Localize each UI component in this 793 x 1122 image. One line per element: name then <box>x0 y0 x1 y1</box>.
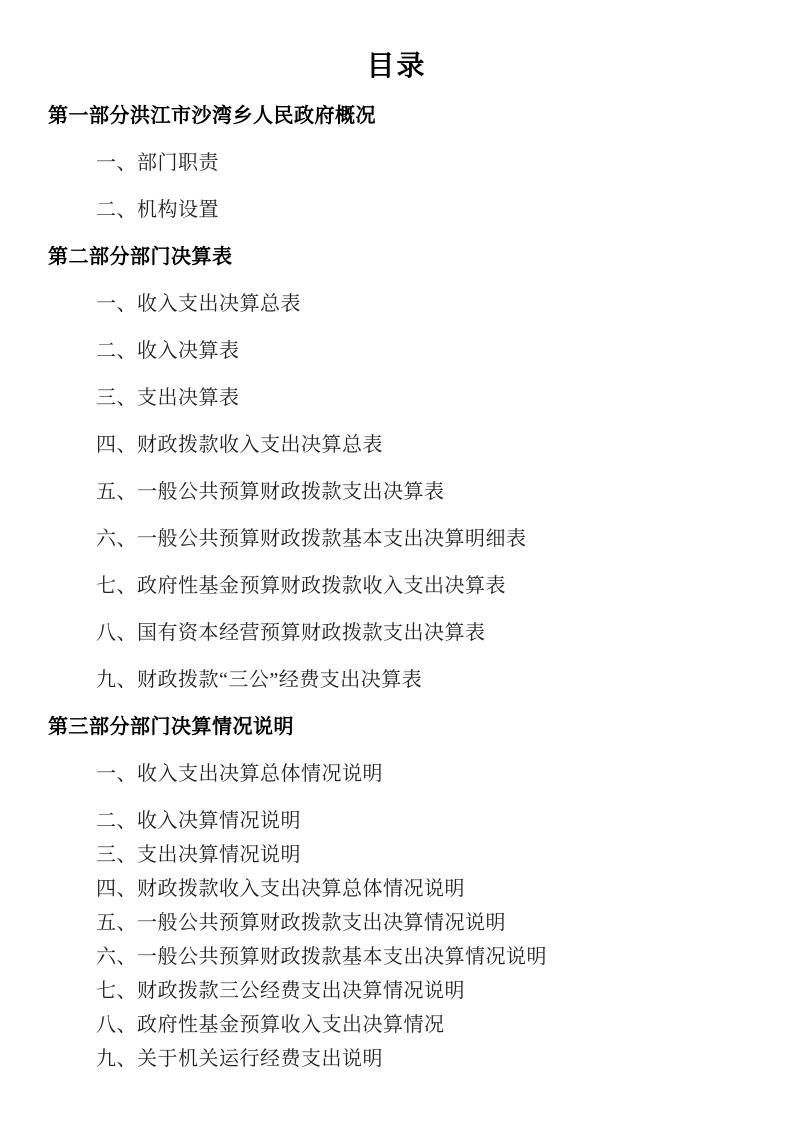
toc-item: 三、支出决算情况说明 <box>96 831 745 865</box>
section-heading: 第一部分洪江市沙湾乡人民政府概况 <box>48 106 745 126</box>
toc-item: 八、国有资本经营预算财政拨款支出决算表 <box>96 596 745 643</box>
toc-item: 一、收入支出决算总体情况说明 <box>96 737 745 784</box>
toc-item: 六、一般公共预算财政拨款基本支出决算明细表 <box>96 502 745 549</box>
page-title: 目录 <box>48 52 745 106</box>
toc-item: 三、支出决算表 <box>96 361 745 408</box>
toc-section: 第三部分部门决算情况说明一、收入支出决算总体情况说明二、收入决算情况说明三、支出… <box>48 690 745 1069</box>
toc-page: 目录 第一部分洪江市沙湾乡人民政府概况一、部门职责二、机构设置第二部分部门决算表… <box>0 0 793 1122</box>
toc-item: 二、收入决算情况说明 <box>96 784 745 831</box>
toc-item: 二、机构设置 <box>96 173 745 220</box>
toc-item: 一、收入支出决算总表 <box>96 267 745 314</box>
toc-item: 六、一般公共预算财政拨款基本支出决算情况说明 <box>96 933 745 967</box>
toc-item: 九、财政拨款“三公”经费支出决算表 <box>96 643 745 690</box>
toc-item: 七、财政拨款三公经费支出决算情况说明 <box>96 967 745 1001</box>
toc-item: 五、一般公共预算财政拨款支出决算表 <box>96 455 745 502</box>
toc-section: 第一部分洪江市沙湾乡人民政府概况一、部门职责二、机构设置 <box>48 106 745 220</box>
toc-item: 四、财政拨款收入支出决算总表 <box>96 408 745 455</box>
toc-item: 五、一般公共预算财政拨款支出决算情况说明 <box>96 899 745 933</box>
toc-item: 四、财政拨款收入支出决算总体情况说明 <box>96 865 745 899</box>
toc-section: 第二部分部门决算表一、收入支出决算总表二、收入决算表三、支出决算表四、财政拨款收… <box>48 220 745 690</box>
toc-item: 七、政府性基金预算财政拨款收入支出决算表 <box>96 549 745 596</box>
toc-sections: 第一部分洪江市沙湾乡人民政府概况一、部门职责二、机构设置第二部分部门决算表一、收… <box>48 106 745 1069</box>
section-heading: 第三部分部门决算情况说明 <box>48 717 745 737</box>
toc-item: 九、关于机关运行经费支出说明 <box>96 1035 745 1069</box>
toc-item: 八、政府性基金预算收入支出决算情况 <box>96 1001 745 1035</box>
toc-item: 二、收入决算表 <box>96 314 745 361</box>
section-heading: 第二部分部门决算表 <box>48 247 745 267</box>
toc-item: 一、部门职责 <box>96 126 745 173</box>
